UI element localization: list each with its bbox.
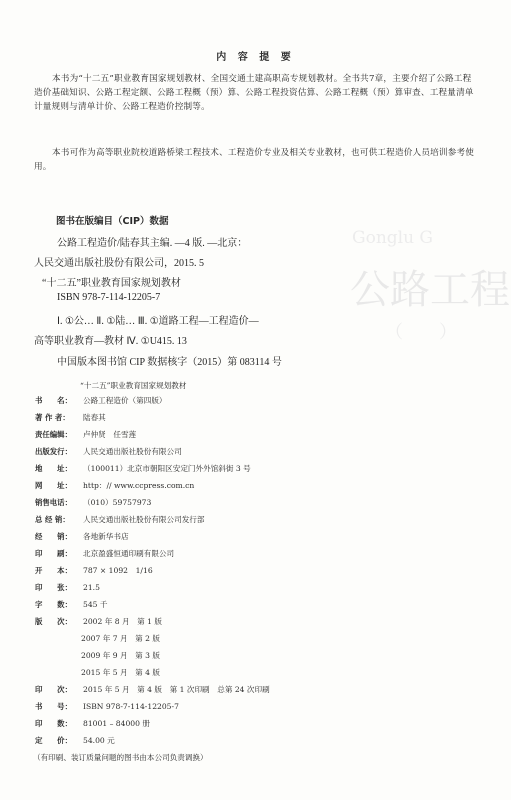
summary-title: 内 容 提 要: [0, 48, 511, 63]
info-value: 787 × 1092 1/16: [83, 565, 153, 577]
cip-line: “十二五”职业教育国家规划教材: [42, 274, 181, 289]
info-row-distributor: 总 经 销：人民交通出版社股份有限公司发行部: [35, 514, 205, 526]
info-value: 各地新华书店: [83, 531, 129, 543]
info-label: 印 次：: [35, 684, 83, 696]
cip-line: 人民交通出版社股份有限公司，2015. 5: [34, 254, 204, 269]
info-value: 卢仲贤 任雪莲: [83, 429, 136, 441]
info-row-sheets: 印 张：21.5: [35, 582, 100, 594]
info-value: 54.00 元: [83, 735, 115, 747]
info-value: 2015 年 5 月 第 4 版 第 1 次印刷 总第 24 次印刷: [83, 684, 270, 696]
info-value: （010）59757973: [83, 497, 151, 509]
info-label: 总 经 销：: [35, 514, 83, 526]
edition-line: 2015 年 5 月 第 4 版: [81, 667, 160, 679]
website-link[interactable]: http：// www.ccpress.com.cn: [83, 480, 194, 492]
info-value: 人民交通出版社股份有限公司: [83, 446, 182, 458]
info-row-wordcount: 字 数：545 千: [35, 599, 108, 611]
summary-paragraph-1: 本书为“十二五”职业教育国家规划教材、全国交通土建高职高专规划教材。全书共7章，…: [34, 72, 480, 114]
info-row-phone: 销售电话：（010）59757973: [35, 497, 151, 509]
info-value: 北京盈盛恒通印刷有限公司: [83, 548, 174, 560]
info-label: 销售电话：: [35, 497, 83, 509]
info-value: （100011）北京市朝阳区安定门外外馆斜街 3 号: [83, 463, 251, 475]
info-label: 开 本：: [35, 565, 83, 577]
edition-line: 2007 年 7 月 第 2 版: [81, 633, 160, 645]
info-row-website: 网 址：http：// www.ccpress.com.cn: [35, 480, 194, 492]
info-label: 定 价：: [35, 735, 83, 747]
info-label: 印 刷：: [35, 548, 83, 560]
info-row-seller: 经 销：各地新华书店: [35, 531, 129, 543]
bleed-through-text: Gonglu G: [352, 228, 433, 248]
info-label: 网 址：: [35, 480, 83, 492]
info-row-printing: 印 次：2015 年 5 月 第 4 版 第 1 次印刷 总第 24 次印刷: [35, 684, 270, 696]
info-row-print-run: 印 数：81001 – 84000 册: [35, 718, 150, 730]
series-title: “十二五”职业教育国家规划教材: [80, 380, 186, 391]
summary-paragraph-1-text: 本书为“十二五”职业教育国家规划教材、全国交通土建高职高专规划教材。全书共7章，…: [34, 74, 474, 112]
cip-line: Ⅰ. ①公… Ⅱ. ①陆… Ⅲ. ①道路工程—工程造价—: [57, 312, 259, 327]
info-row-title: 书 名：公路工程造价（第四版）: [35, 395, 167, 407]
info-label: 责任编辑：: [35, 429, 83, 441]
cip-line: 中国版本图书馆 CIP 数据核字（2015）第 083114 号: [57, 353, 282, 368]
edition-line: 2009 年 9 月 第 3 版: [81, 650, 160, 662]
info-label: 版 次：: [35, 616, 83, 628]
info-value: 2002 年 8 月 第 1 版: [83, 616, 162, 628]
info-label: 著 作 者：: [35, 412, 83, 424]
cip-line: 高等职业教育—教材 Ⅳ. ①U415. 13: [34, 332, 187, 347]
info-label: 字 数：: [35, 599, 83, 611]
info-row-editor: 责任编辑：卢仲贤 任雪莲: [35, 429, 136, 441]
info-value: 545 千: [83, 599, 108, 611]
info-value: 公路工程造价（第四版）: [83, 395, 167, 407]
info-value: 81001 – 84000 册: [83, 718, 150, 730]
info-value: 陆春其: [83, 412, 106, 424]
info-value: 人民交通出版社股份有限公司发行部: [83, 514, 205, 526]
quality-note: （有印刷、装订质量问题的图书由本公司负责调换）: [33, 752, 208, 763]
info-row-author: 著 作 者：陆春其: [35, 412, 106, 424]
info-row-edition: 版 次：2002 年 8 月 第 1 版: [35, 616, 162, 628]
info-row-publisher: 出版发行：人民交通出版社股份有限公司: [35, 446, 182, 458]
info-label: 书 号：: [35, 701, 83, 713]
info-row-address: 地 址：（100011）北京市朝阳区安定门外外馆斜街 3 号: [35, 463, 251, 475]
info-row-format: 开 本：787 × 1092 1/16: [35, 565, 153, 577]
cip-heading: 图书在版编目（CIP）数据: [56, 213, 168, 227]
info-row-isbn: 书 号：ISBN 978-7-114-12205-7: [35, 701, 179, 713]
info-label: 经 销：: [35, 531, 83, 543]
bleed-through-text: （ ）: [385, 318, 457, 344]
info-row-price: 定 价：54.00 元: [35, 735, 115, 747]
info-label: 地 址：: [35, 463, 83, 475]
cip-line: 公路工程造价/陆春其主编. —4 版. —北京：: [57, 234, 247, 249]
info-label: 印 张：: [35, 582, 83, 594]
info-label: 书 名：: [35, 395, 83, 407]
info-value: 21.5: [83, 582, 100, 594]
summary-paragraph-2: 本书可作为高等职业院校道路桥梁工程技术、工程造价专业及相关专业教材，也可供工程造…: [34, 146, 480, 174]
bleed-through-text: 公路工程: [350, 258, 510, 315]
info-label: 出版发行：: [35, 446, 83, 458]
summary-paragraph-2-text: 本书可作为高等职业院校道路桥梁工程技术、工程造价专业及相关专业教材，也可供工程造…: [34, 148, 474, 172]
info-label: 印 数：: [35, 718, 83, 730]
info-row-printer: 印 刷：北京盈盛恒通印刷有限公司: [35, 548, 174, 560]
cip-line: ISBN 978-7-114-12205-7: [57, 292, 160, 303]
copyright-page: Gonglu G 公路工程 （ ） 内 容 提 要 本书为“十二五”职业教育国家…: [0, 0, 511, 800]
info-value: ISBN 978-7-114-12205-7: [83, 701, 179, 713]
